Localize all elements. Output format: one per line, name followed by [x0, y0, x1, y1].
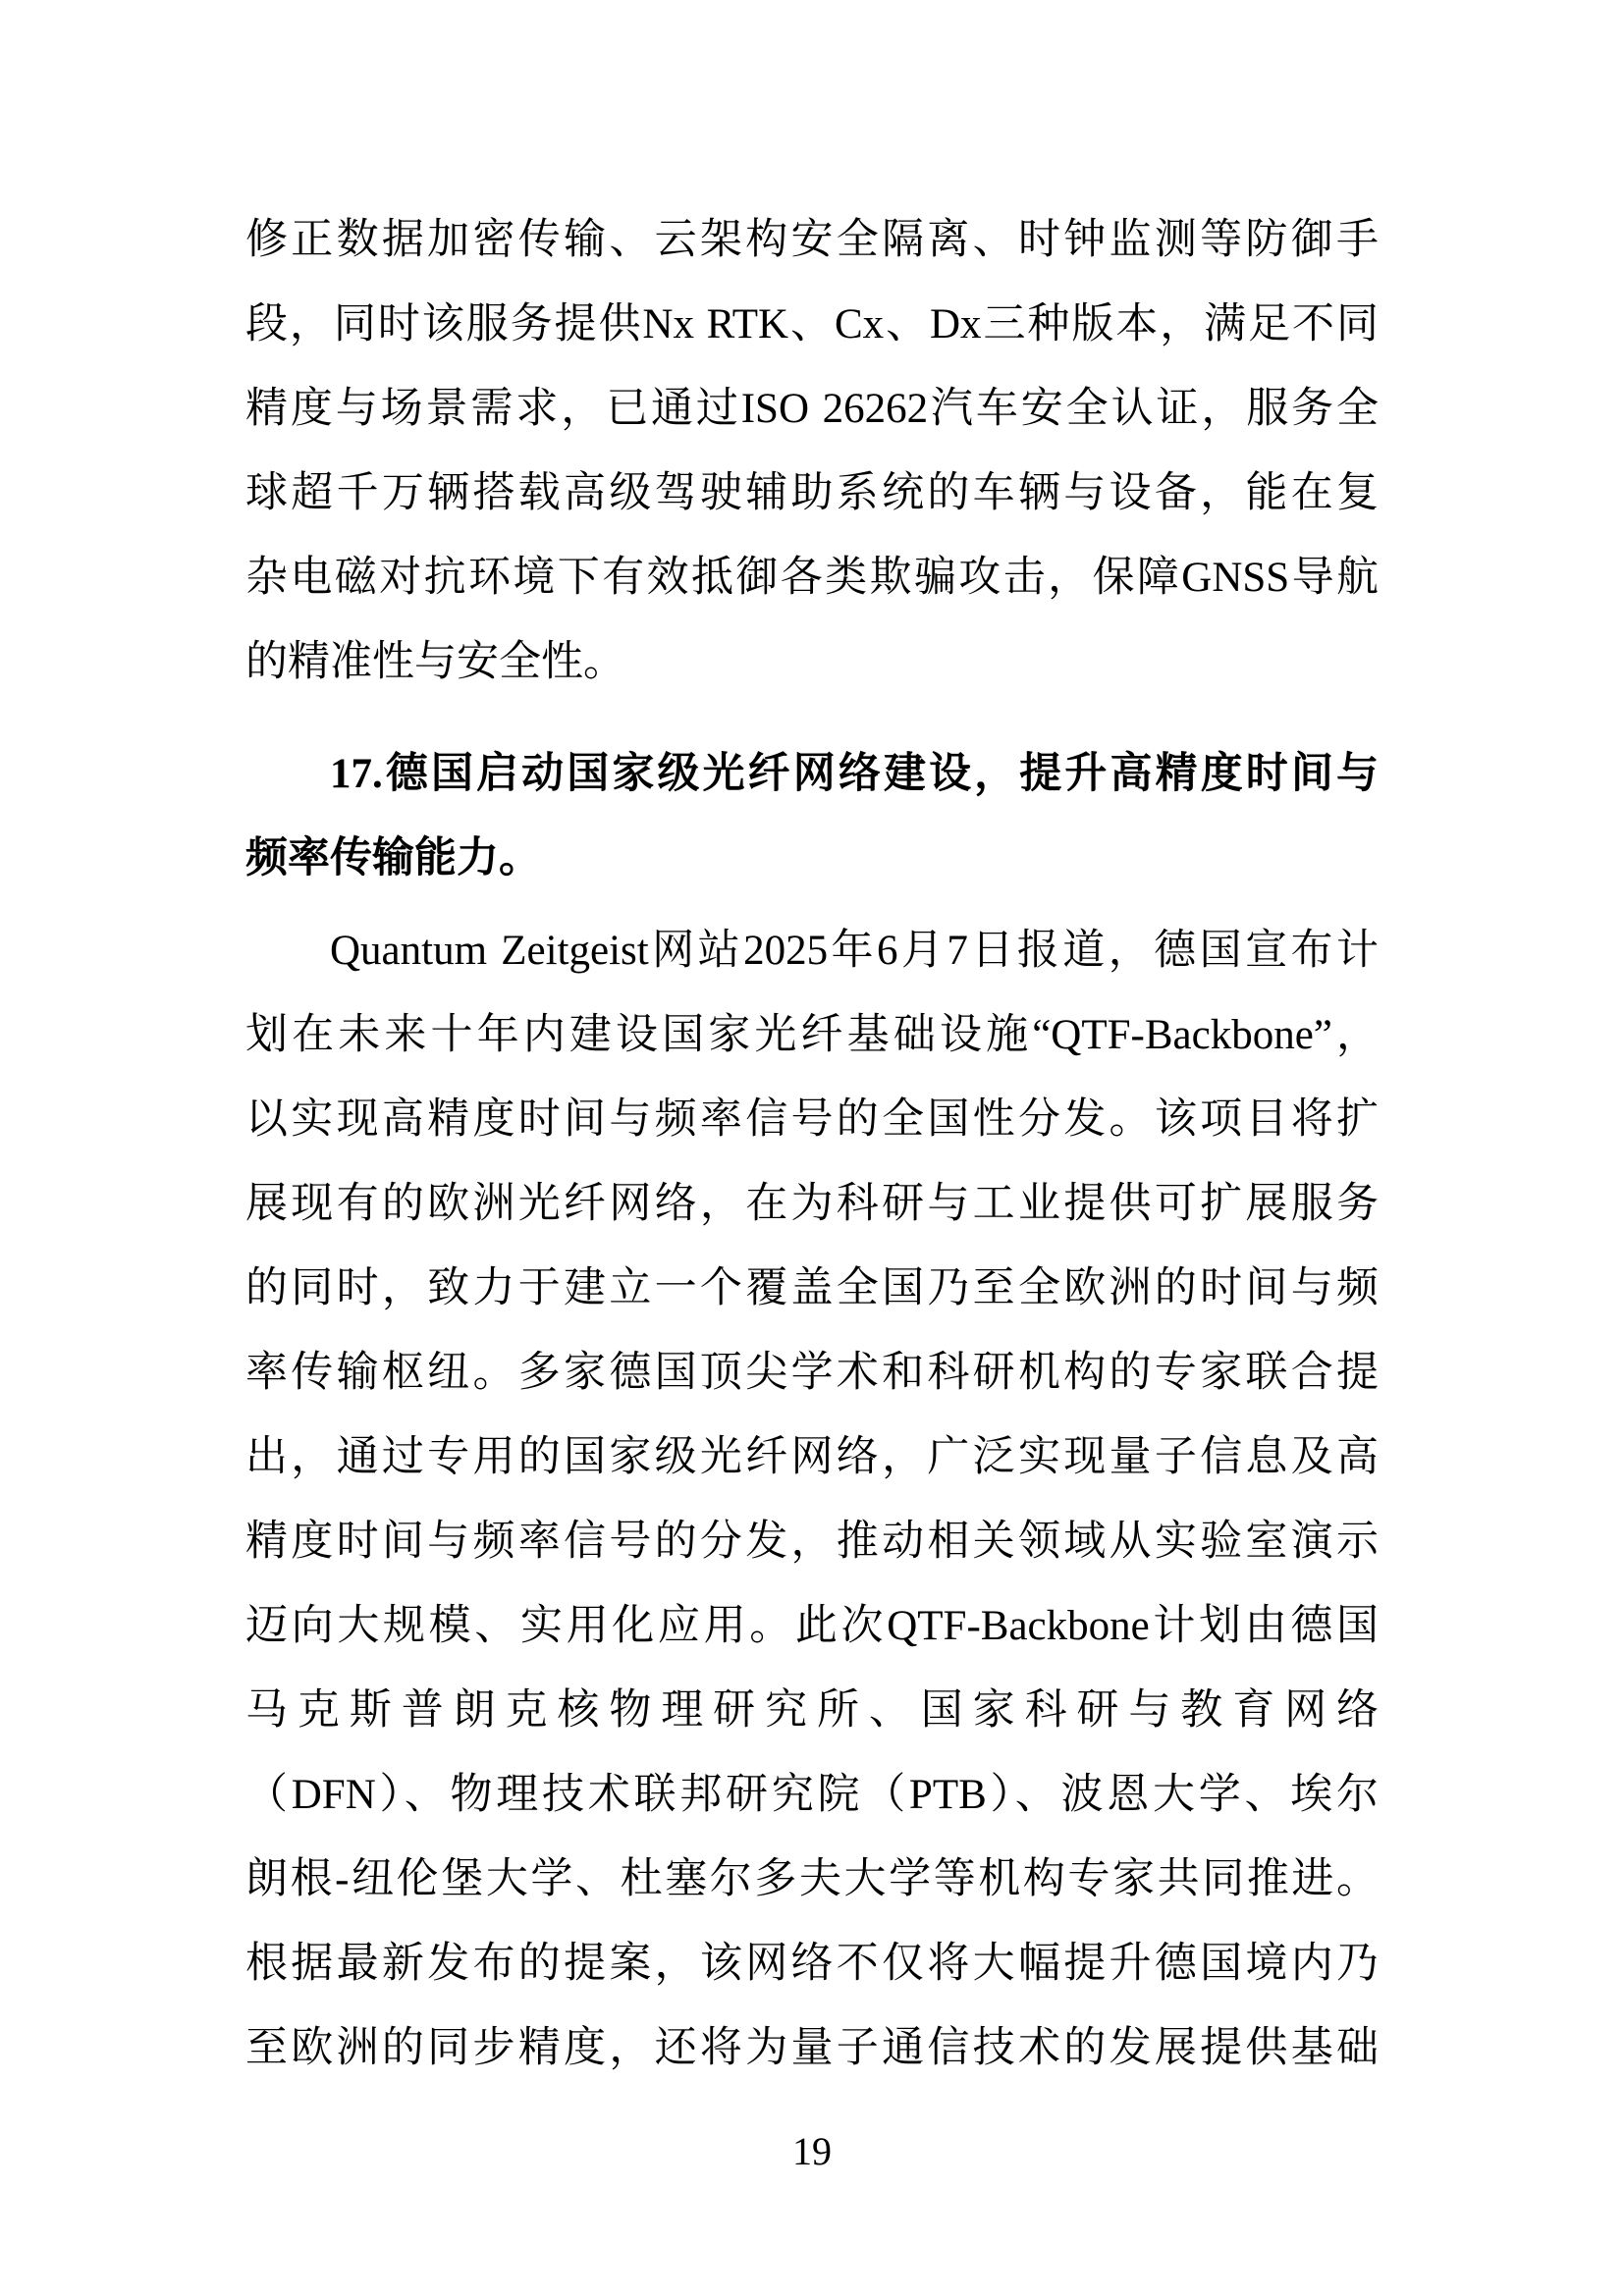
heading-line: 17.德国启动国家级光纤网络建设，提升高精度时间与 [245, 732, 1379, 817]
text-line: 精度时间与频率信号的分发，推动相关领域从实验室演示 [245, 1500, 1379, 1584]
text-line: 修正数据加密传输、云架构安全隔离、时钟监测等防御手 [245, 198, 1379, 283]
text-line: 球超千万辆搭载高级驾驶辅助系统的车辆与设备，能在复 [245, 452, 1379, 536]
page-number: 19 [0, 2128, 1624, 2175]
text-line: 的精准性与安全性。 [245, 620, 1379, 705]
heading-line: 频率传输能力。 [245, 817, 1379, 901]
text-line: 朗根-纽伦堡大学、杜塞尔多夫大学等机构专家共同推进。 [245, 1838, 1379, 1922]
text-line: Quantum Zeitgeist网站2025年6月7日报道，德国宣布计 [245, 909, 1379, 993]
text-line: 出，通过专用的国家级光纤网络，广泛实现量子信息及高 [245, 1415, 1379, 1500]
text-line: 迈向大规模、实用化应用。此次QTF-Backbone计划由德国 [245, 1584, 1379, 1669]
document-page: 修正数据加密传输、云架构安全隔离、时钟监测等防御手 段，同时该服务提供Nx RT… [0, 0, 1624, 2296]
text-line: 精度与场景需求，已通过ISO 26262汽车安全认证，服务全 [245, 367, 1379, 452]
text-line: 的同时，致力于建立一个覆盖全国乃至全欧洲的时间与频 [245, 1247, 1379, 1331]
text-line: （DFN）、物理技术联邦研究院（PTB）、波恩大学、埃尔 [245, 1753, 1379, 1838]
text-line: 展现有的欧洲光纤网络，在为科研与工业提供可扩展服务 [245, 1162, 1379, 1247]
text-line: 以实现高精度时间与频率信号的全国性分发。该项目将扩 [245, 1078, 1379, 1162]
text-line: 马克斯普朗克核物理研究所、国家科研与教育网络 [245, 1669, 1379, 1753]
text-line: 划在未来十年内建设国家光纤基础设施“QTF-Backbone”， [245, 993, 1379, 1078]
paragraph-2: Quantum Zeitgeist网站2025年6月7日报道，德国宣布计 划在未… [245, 909, 1379, 2091]
text-line: 段，同时该服务提供Nx RTK、Cx、Dx三种版本，满足不同 [245, 283, 1379, 367]
body-text: 修正数据加密传输、云架构安全隔离、时钟监测等防御手 段，同时该服务提供Nx RT… [245, 198, 1379, 2091]
text-line: 杂电磁对抗环境下有效抵御各类欺骗攻击，保障GNSS导航 [245, 536, 1379, 620]
text-line: 至欧洲的同步精度，还将为量子通信技术的发展提供基础 [245, 2006, 1379, 2091]
paragraph-1: 修正数据加密传输、云架构安全隔离、时钟监测等防御手 段，同时该服务提供Nx RT… [245, 198, 1379, 705]
text-line: 根据最新发布的提案，该网络不仅将大幅提升德国境内乃 [245, 1922, 1379, 2006]
section-heading-17: 17.德国启动国家级光纤网络建设，提升高精度时间与 频率传输能力。 [245, 732, 1379, 901]
text-line: 率传输枢纽。多家德国顶尖学术和科研机构的专家联合提 [245, 1331, 1379, 1415]
